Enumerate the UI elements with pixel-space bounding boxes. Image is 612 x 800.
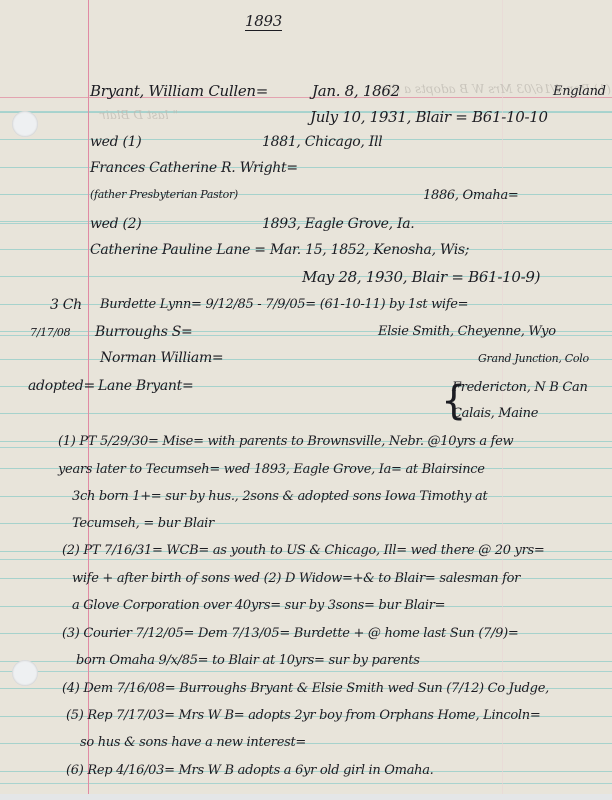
child-norman: Norman William= [100, 350, 223, 366]
adopted-label: adopted= [28, 378, 95, 394]
marriage1-spouse-death: 1886, Omaha= [423, 188, 519, 203]
death-info: July 10, 1931, Blair = B61-10-10 [310, 108, 548, 126]
note-1-line: (1) PT 5/29/30= Mise= with parents to Br… [58, 434, 513, 449]
child-lane-place1: Fredericton, N B Can [452, 380, 588, 395]
child-lane: Lane Bryant= [98, 378, 193, 394]
children-count: 3 Ch [50, 297, 82, 313]
bleed-through-text: " last D Blair [100, 108, 178, 122]
note-2-line: a Glove Corporation over 40yrs= sur by 3… [72, 598, 445, 613]
margin-line [88, 0, 89, 794]
note-1-line: Tecumseh, = bur Blair [72, 516, 214, 531]
note-1-line: 3ch born 1+= sur by hus., 2sons & adopte… [72, 489, 487, 504]
marriage1-spouse-note: (father Presbyterian Pastor) [90, 188, 238, 201]
birthplace: England [553, 84, 606, 99]
child-burroughs-spouse: Elsie Smith, Cheyenne, Wyo [378, 324, 556, 339]
note-3-line: born Omaha 9/x/85= to Blair at 10yrs= su… [76, 653, 420, 668]
subject-name: Bryant, William Cullen= [90, 82, 268, 100]
marriage2-spouse-death: May 28, 1930, Blair = B61-10-9) [302, 268, 540, 286]
binder-hole-top [12, 111, 38, 137]
page-title: 1893 [245, 12, 282, 30]
child-burdette: Burdette Lynn= 9/12/85 - 7/9/05= (61-10-… [100, 297, 468, 312]
marriage1-spouse: Frances Catherine R. Wright= [90, 160, 298, 176]
notebook-page: (1) Rep 4/16/03 Mrs W B adopts a 6yr " l… [0, 0, 612, 794]
note-5-line: (5) Rep 7/17/03= Mrs W B= adopts 2yr boy… [66, 708, 540, 723]
child-norman-place: Grand Junction, Colo [478, 352, 589, 365]
note-2-line: wife + after birth of sons wed (2) D Wid… [72, 571, 520, 586]
scan-bottom-edge [0, 794, 612, 800]
marriage2-date-place: 1893, Eagle Grove, Ia. [262, 216, 414, 232]
note-3-line: (3) Courier 7/12/05= Dem 7/13/05= Burdet… [62, 626, 518, 641]
birth-date: Jan. 8, 1862 [312, 82, 400, 100]
note-2-line: (2) PT 7/16/31= WCB= as youth to US & Ch… [62, 543, 544, 558]
marriage2-spouse: Catherine Pauline Lane = Mar. 15, 1852, … [90, 242, 469, 258]
note-1-line: years later to Tecumseh= wed 1893, Eagle… [58, 462, 485, 477]
note-5-line: so hus & sons have a new interest= [80, 735, 306, 750]
note-6-line: (6) Rep 4/16/03= Mrs W B adopts a 6yr ol… [66, 763, 434, 778]
marriage2-label: wed (2) [90, 216, 141, 232]
note-4-line: (4) Dem 7/16/08= Burroughs Bryant & Elsi… [62, 681, 549, 696]
marriage1-date-place: 1881, Chicago, Ill [262, 134, 382, 150]
binder-hole-bottom [12, 660, 38, 686]
child-lane-place2: Calais, Maine [452, 406, 538, 421]
marriage1-label: wed (1) [90, 134, 141, 150]
child-burroughs: Burroughs S= [95, 324, 192, 340]
child-burroughs-date: 7/17/08 [30, 326, 70, 339]
